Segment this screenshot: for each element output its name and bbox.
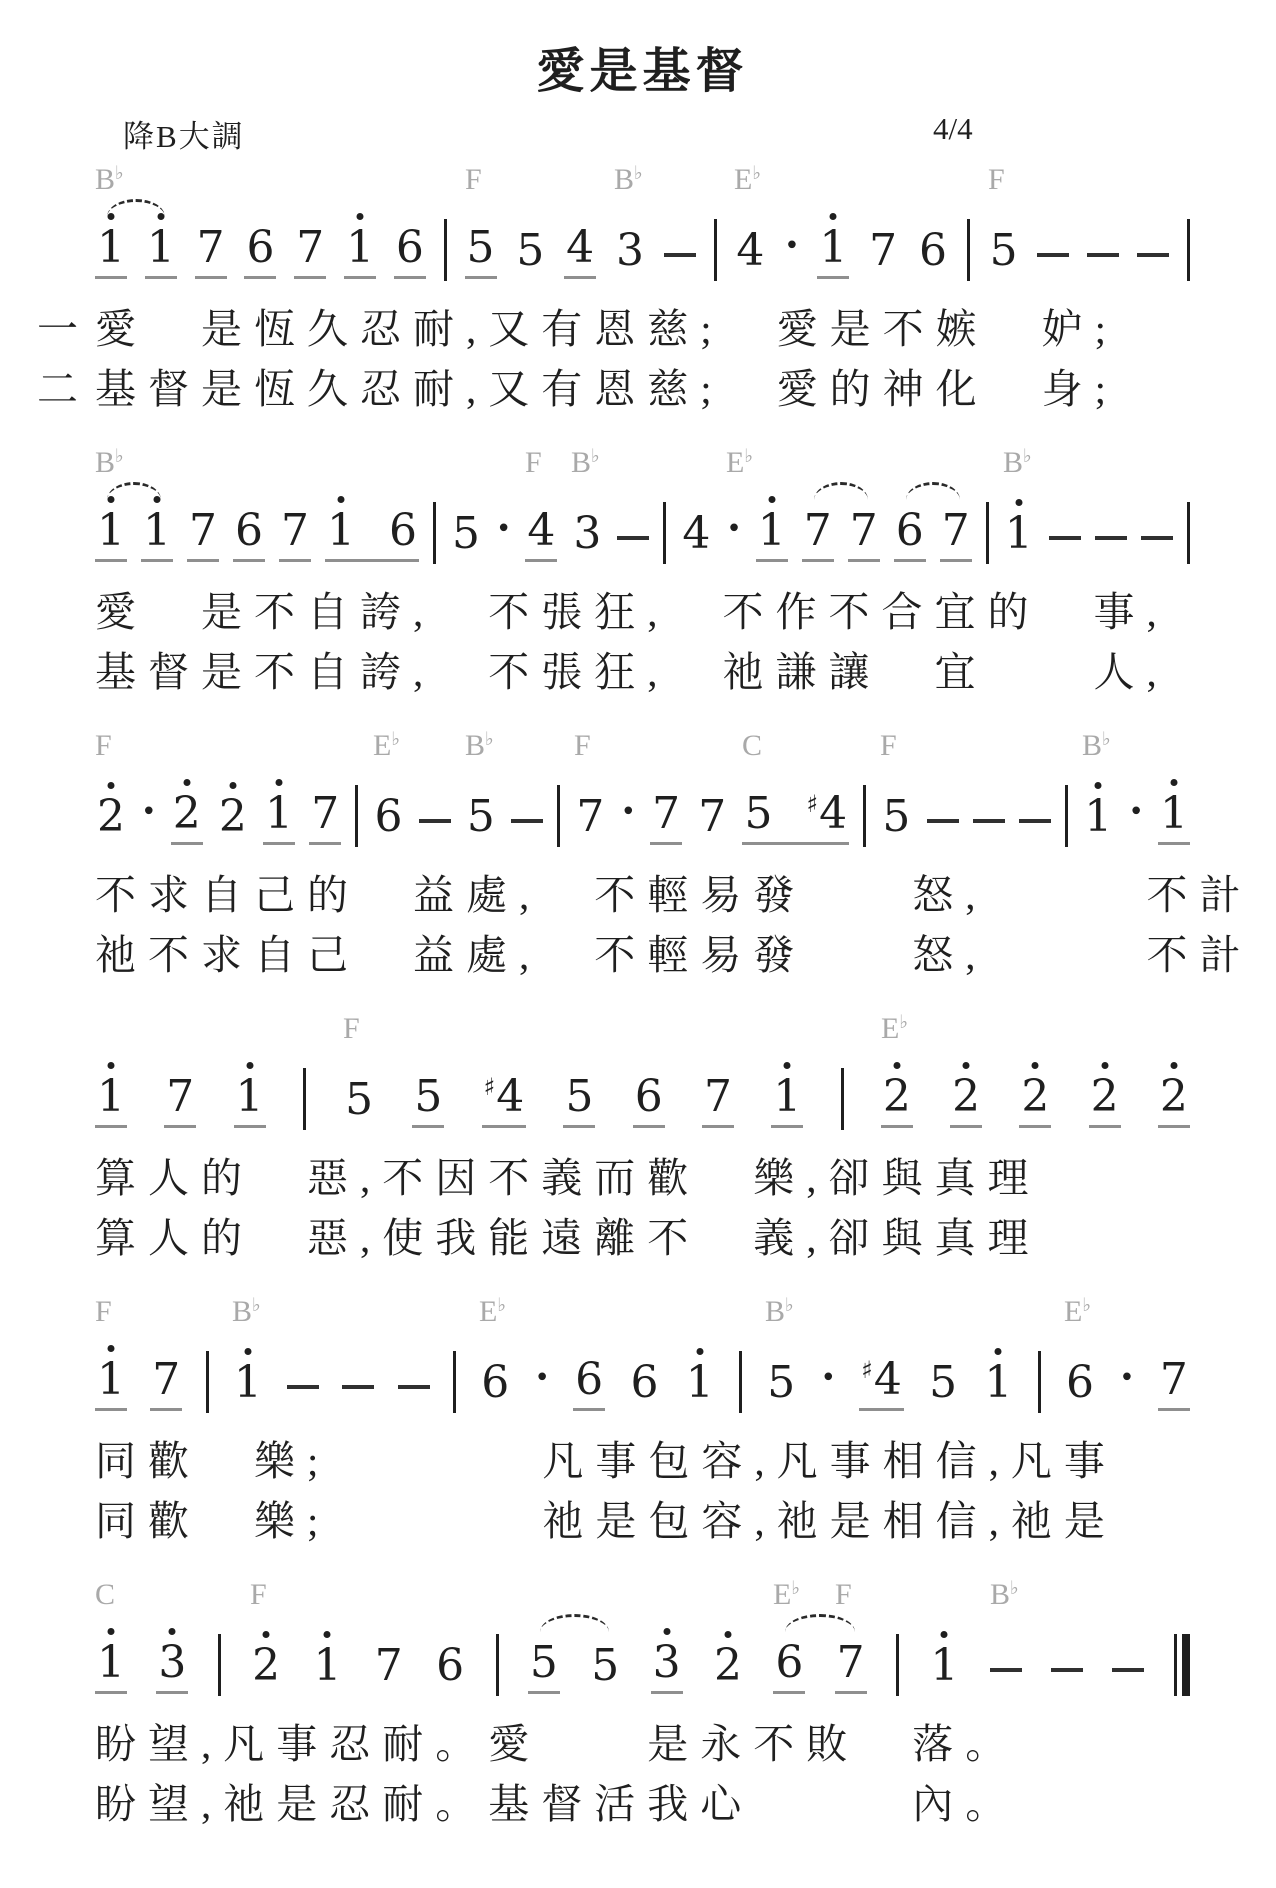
jianpu-note: 1 [1003, 512, 1035, 562]
jianpu-note: 7 [802, 509, 834, 562]
jianpu-note: 3 [571, 512, 603, 562]
jianpu-line: 117671655434•1765 [95, 203, 1190, 281]
barline [218, 1634, 221, 1696]
jianpu-note: 5 [927, 1361, 959, 1411]
octave-dot [663, 1628, 670, 1635]
chord-symbol: F [95, 729, 112, 763]
jianpu-note: 6 [1064, 1361, 1096, 1411]
chord-row: B♭FB♭E♭F [95, 163, 1190, 203]
chord-symbol: C [95, 1578, 115, 1612]
chord-symbol: F [835, 1578, 852, 1612]
lyrics-block: 算人的 惡,不因不義而歡 樂,卻與真理算人的 惡,使我能遠離不 義,卻與真理 [95, 1148, 1190, 1268]
octave-dot [768, 496, 775, 503]
octave-dot [169, 1628, 176, 1635]
key-signature: 降B大調 [123, 111, 245, 156]
chord-symbol: F [880, 729, 897, 763]
jianpu-note: 2 [171, 792, 203, 845]
flat-accidental: ♭ [1023, 446, 1032, 467]
barline [863, 785, 866, 847]
jianpu-note: 2 [250, 1644, 282, 1694]
sharp-accidental: ♯ [806, 790, 818, 818]
jianpu-note: 3 [614, 229, 646, 279]
octave-dot [941, 1631, 948, 1638]
dotted-note-dot: • [621, 799, 636, 825]
octave-dot [338, 496, 345, 503]
octave-dot [1170, 1062, 1177, 1069]
chord-symbol: B♭ [232, 1295, 261, 1329]
chord-symbol: E♭ [734, 163, 761, 197]
jianpu-note: 4 [564, 226, 596, 279]
lyric-line: 愛 是不自誇, 不張狂, 不作不合宜的 事, [95, 582, 1190, 642]
lyric-line: 二基督是恆久忍耐,又有恩慈; 愛的神化 身; [95, 359, 1190, 419]
barline [433, 502, 436, 564]
flat-accidental: ♭ [634, 163, 643, 184]
octave-dot [1032, 1062, 1039, 1069]
octave-dot [324, 1631, 331, 1638]
duration-dash [1019, 819, 1051, 823]
notation-system: FB♭E♭B♭E♭1716•6615•♯4516•7同歡 樂; 凡事包容,凡事相… [95, 1295, 1190, 1551]
dotted-note-dot: • [1119, 1365, 1134, 1391]
dotted-note-dot: • [784, 233, 799, 259]
jianpu-note: 5 [742, 792, 774, 836]
duration-dash [1049, 536, 1081, 540]
barline [1187, 219, 1190, 281]
jianpu-note: 1 [263, 792, 295, 845]
chord-symbol: F [525, 446, 542, 480]
chord-symbol: F [343, 1012, 360, 1046]
jianpu-note: 1 [234, 1075, 266, 1128]
jianpu-note: 3 [651, 1641, 683, 1694]
sheet-music-page: 愛是基督 降B大調 4/4 B♭FB♭E♭F117671655434•1765一… [0, 0, 1276, 1834]
jianpu-note: 6 [917, 229, 949, 279]
jianpu-note: 7 [1158, 1358, 1190, 1411]
barline [355, 785, 358, 847]
dotted-note-dot: • [1128, 799, 1143, 825]
lyric-line: 不求自己的 益處, 不輕易發 怒, 不計 [95, 865, 1190, 925]
octave-dot [1101, 1062, 1108, 1069]
lyrics-block: 愛 是不自誇, 不張狂, 不作不合宜的 事,基督是不自誇, 不張狂, 祂謙讓 宜… [95, 582, 1190, 702]
notation-system: B♭FB♭E♭F117671655434•1765一愛 是恆久忍耐,又有恩慈; … [95, 163, 1190, 419]
jianpu-note: 5 [450, 512, 482, 562]
jianpu-note: 1 [141, 509, 173, 562]
duration-dash [1095, 536, 1127, 540]
chord-symbol: B♭ [1082, 729, 1111, 763]
chord-symbol: B♭ [95, 446, 124, 480]
chord-row: B♭FB♭E♭B♭ [95, 446, 1190, 486]
octave-dot [696, 1348, 703, 1355]
octave-dot [830, 213, 837, 220]
jianpu-note: 6 [479, 1361, 511, 1411]
barline [663, 502, 666, 564]
lyric-line: 同歡 樂; 凡事包容,凡事相信,凡事 [95, 1431, 1190, 1491]
jianpu-note: 7 [867, 229, 899, 279]
chord-symbol: E♭ [726, 446, 753, 480]
dotted-note-dot: • [496, 516, 511, 542]
jianpu-note: 2 [1089, 1075, 1121, 1128]
chord-row: FE♭ [95, 1012, 1190, 1052]
flat-accidental: ♭ [1102, 729, 1111, 750]
duration-dash [973, 819, 1005, 823]
jianpu-note: 5 [765, 1361, 797, 1411]
barline [841, 1068, 844, 1130]
flat-accidental: ♭ [485, 729, 494, 750]
chord-symbol: F [95, 1295, 112, 1329]
jianpu-note: 1 [95, 509, 127, 562]
jianpu-note: 5 [514, 229, 546, 279]
jianpu-note: 1 [1158, 792, 1190, 845]
jianpu-note: 6 [894, 509, 926, 562]
barline [557, 785, 560, 847]
flat-accidental: ♭ [785, 1295, 794, 1316]
jianpu-note: 3 [156, 1641, 188, 1694]
jianpu-note: 1 [95, 1641, 127, 1694]
lyric-line: 算人的 惡,不因不義而歡 樂,卻與真理 [95, 1148, 1190, 1208]
flat-accidental: ♭ [252, 1295, 261, 1316]
jianpu-note: ♯4 [482, 1075, 527, 1128]
jianpu-note: 7 [835, 1641, 867, 1694]
jianpu-note: 1 [684, 1361, 716, 1411]
jianpu-note: 7 [164, 1075, 196, 1128]
barline [1065, 785, 1068, 847]
jianpu-note: 4 [680, 512, 712, 562]
flat-accidental: ♭ [791, 1578, 800, 1599]
jianpu-note: 5 [589, 1644, 621, 1694]
jianpu-note: 2 [712, 1644, 744, 1694]
octave-dot [108, 782, 115, 789]
jianpu-note: 6 [244, 226, 276, 279]
flat-accidental: ♭ [591, 446, 600, 467]
octave-dot [229, 782, 236, 789]
dotted-note-dot: • [535, 1365, 550, 1391]
barline [303, 1068, 306, 1130]
jianpu-note: 5 [988, 229, 1020, 279]
chord-symbol: B♭ [571, 446, 600, 480]
jianpu-note: 2 [881, 1075, 913, 1128]
octave-dot [1170, 779, 1177, 786]
chord-symbol: E♭ [479, 1295, 506, 1329]
jianpu-note: 7 [150, 1358, 182, 1411]
jianpu-note: 7 [696, 795, 728, 845]
jianpu-note: 1 [817, 226, 849, 279]
octave-dot [263, 1631, 270, 1638]
jianpu-note: ♯4 [804, 792, 849, 836]
meta-row: 降B大調 4/4 [95, 111, 1190, 163]
jianpu-note: 6 [773, 1641, 805, 1694]
jianpu-note: 4 [525, 509, 557, 562]
octave-dot [108, 1062, 115, 1069]
jianpu-note: 1 [95, 1358, 127, 1411]
duration-dash [287, 1385, 319, 1389]
sharp-accidental: ♯ [484, 1073, 496, 1101]
jianpu-note: 7 [702, 1075, 734, 1128]
jianpu-note: 5 [528, 1641, 560, 1694]
jianpu-note: 7 [294, 226, 326, 279]
final-barline [1174, 1634, 1190, 1696]
jianpu-note: 6 [434, 1644, 466, 1694]
jianpu-note: 6 [633, 1075, 665, 1128]
jianpu-note: 6 [233, 509, 265, 562]
jianpu-note: 2 [1158, 1075, 1190, 1128]
duration-dash [1051, 1668, 1083, 1672]
notation-system: B♭FB♭E♭B♭11767165•434•177671愛 是不自誇, 不張狂,… [95, 446, 1190, 702]
jianpu-note: 1 [928, 1644, 960, 1694]
chord-symbol: E♭ [881, 1012, 908, 1046]
barline [896, 1634, 899, 1696]
jianpu-note: 2 [217, 795, 249, 845]
octave-dot [1095, 782, 1102, 789]
jianpu-note: 5 [465, 226, 497, 279]
beamed-group: 16 [325, 509, 419, 562]
lyrics-block: 盼望,凡事忍耐。愛 是永不敗 落。盼望,祂是忍耐。基督活我心 內。 [95, 1714, 1190, 1834]
jianpu-note: 7 [940, 509, 972, 562]
octave-dot [724, 1631, 731, 1638]
jianpu-line: 1716•6615•♯4516•7 [95, 1335, 1190, 1413]
barline [1038, 1351, 1041, 1413]
jianpu-note: 2 [95, 795, 127, 845]
flat-accidental: ♭ [1010, 1578, 1019, 1599]
duration-dash [419, 819, 451, 823]
octave-dot [244, 1348, 251, 1355]
sharp-accidental: ♯ [861, 1356, 873, 1384]
duration-dash [398, 1385, 430, 1389]
octave-dot [893, 1062, 900, 1069]
jianpu-line: 11767165•434•177671 [95, 486, 1190, 564]
duration-dash [1087, 253, 1119, 257]
chord-symbol: F [465, 163, 482, 197]
barline [444, 219, 447, 281]
lyric-line: 算人的 惡,使我能遠離不 義,卻與真理 [95, 1208, 1190, 1268]
jianpu-note: 7 [848, 509, 880, 562]
chord-symbol: F [988, 163, 1005, 197]
flat-accidental: ♭ [115, 163, 124, 184]
barline [206, 1351, 209, 1413]
jianpu-note: 1 [344, 226, 376, 279]
chord-symbol: B♭ [614, 163, 643, 197]
octave-dot [276, 779, 283, 786]
duration-dash [664, 253, 696, 257]
notation-system: CFE♭FB♭1321765532671盼望,凡事忍耐。愛 是永不敗 落。盼望,… [95, 1578, 1190, 1834]
jianpu-note: 6 [373, 795, 405, 845]
jianpu-note: 7 [279, 509, 311, 562]
chord-symbol: C [742, 729, 762, 763]
jianpu-note: 1 [325, 509, 357, 553]
dotted-note-dot: • [726, 516, 741, 542]
octave-dot [183, 779, 190, 786]
jianpu-note: 1 [1082, 795, 1114, 845]
jianpu-note: 5 [880, 795, 912, 845]
barline [967, 219, 970, 281]
chord-symbol: B♭ [1003, 446, 1032, 480]
duration-dash [927, 819, 959, 823]
jianpu-note: 2 [1019, 1075, 1051, 1128]
jianpu-note: 6 [394, 226, 426, 279]
jianpu-note: 7 [195, 226, 227, 279]
verse-number: 一 [37, 299, 78, 359]
chord-symbol: E♭ [373, 729, 400, 763]
octave-dot [995, 1348, 1002, 1355]
duration-dash [1037, 253, 1069, 257]
jianpu-note: 1 [982, 1361, 1014, 1411]
jianpu-note: 1 [145, 226, 177, 279]
jianpu-note: 5 [412, 1075, 444, 1128]
chord-symbol: B♭ [465, 729, 494, 763]
duration-dash [1137, 253, 1169, 257]
jianpu-note: 6 [387, 509, 419, 553]
chord-symbol: F [250, 1578, 267, 1612]
flat-accidental: ♭ [744, 446, 753, 467]
lyric-line: 一愛 是恆久忍耐,又有恩慈; 愛是不嫉 妒; [95, 299, 1190, 359]
jianpu-note: 6 [628, 1361, 660, 1411]
chord-symbol: B♭ [990, 1578, 1019, 1612]
lyric-line: 同歡 樂; 祂是包容,祂是相信,祂是 [95, 1491, 1190, 1551]
jianpu-note: 7 [373, 1644, 405, 1694]
octave-dot [1015, 499, 1022, 506]
duration-dash [1112, 1668, 1144, 1672]
octave-dot [108, 1628, 115, 1635]
barline [714, 219, 717, 281]
chord-symbol: B♭ [765, 1295, 794, 1329]
lyrics-block: 一愛 是恆久忍耐,又有恩慈; 愛是不嫉 妒;二基督是恆久忍耐,又有恩慈; 愛的神… [95, 299, 1190, 419]
chord-symbol: E♭ [1064, 1295, 1091, 1329]
beamed-group: 5♯4 [742, 792, 849, 845]
octave-dot [108, 1345, 115, 1352]
verse-number: 二 [37, 359, 78, 419]
jianpu-note: 1 [95, 226, 127, 279]
barline [1187, 502, 1190, 564]
flat-accidental: ♭ [1082, 1295, 1091, 1316]
duration-dash [990, 1668, 1022, 1672]
score: B♭FB♭E♭F117671655434•1765一愛 是恆久忍耐,又有恩慈; … [95, 163, 1190, 1834]
jianpu-note: 5 [465, 795, 497, 845]
jianpu-note: 7 [309, 792, 341, 845]
jianpu-note: ♯4 [859, 1358, 904, 1411]
notation-system: FE♭B♭FCFB♭2•2217657•775♯451•1不求自己的 益處, 不… [95, 729, 1190, 985]
barline [739, 1351, 742, 1413]
jianpu-note: 7 [650, 792, 682, 845]
jianpu-line: 17155♯4567122222 [95, 1052, 1190, 1130]
octave-dot [784, 1062, 791, 1069]
barline [453, 1351, 456, 1413]
jianpu-note: 1 [756, 509, 788, 562]
time-signature: 4/4 [933, 111, 973, 147]
lyric-line: 祂不求自己 益處, 不輕易發 怒, 不計 [95, 925, 1190, 985]
jianpu-note: 5 [563, 1075, 595, 1128]
barline [496, 1634, 499, 1696]
jianpu-note: 2 [950, 1075, 982, 1128]
jianpu-note: 7 [187, 509, 219, 562]
lyrics-block: 同歡 樂; 凡事包容,凡事相信,凡事同歡 樂; 祂是包容,祂是相信,祂是 [95, 1431, 1190, 1551]
duration-dash [342, 1385, 374, 1389]
chord-symbol: E♭ [773, 1578, 800, 1612]
jianpu-note: 1 [771, 1075, 803, 1128]
barline [986, 502, 989, 564]
octave-dot [246, 1062, 253, 1069]
chord-row: CFE♭FB♭ [95, 1578, 1190, 1618]
lyrics-block: 不求自己的 益處, 不輕易發 怒, 不計祂不求自己 益處, 不輕易發 怒, 不計 [95, 865, 1190, 985]
jianpu-note: 4 [734, 229, 766, 279]
flat-accidental: ♭ [391, 729, 400, 750]
chord-row: FE♭B♭FCFB♭ [95, 729, 1190, 769]
song-title: 愛是基督 [95, 32, 1190, 101]
flat-accidental: ♭ [115, 446, 124, 467]
flat-accidental: ♭ [497, 1295, 506, 1316]
octave-dot [963, 1062, 970, 1069]
jianpu-line: 1321765532671 [95, 1618, 1190, 1696]
flat-accidental: ♭ [752, 163, 761, 184]
duration-dash [617, 536, 649, 540]
dotted-note-dot: • [821, 1365, 836, 1391]
jianpu-note: 7 [574, 795, 606, 845]
duration-dash [1141, 536, 1173, 540]
jianpu-line: 2•2217657•775♯451•1 [95, 769, 1190, 847]
chord-symbol: B♭ [95, 163, 124, 197]
jianpu-note: 1 [95, 1075, 127, 1128]
notation-system: FE♭17155♯4567122222算人的 惡,不因不義而歡 樂,卻與真理算人… [95, 1012, 1190, 1268]
lyric-line: 盼望,祂是忍耐。基督活我心 內。 [95, 1774, 1190, 1834]
jianpu-note: 1 [311, 1644, 343, 1694]
lyric-line: 基督是不自誇, 不張狂, 祂謙讓 宜 人, [95, 642, 1190, 702]
flat-accidental: ♭ [899, 1012, 908, 1033]
chord-row: FB♭E♭B♭E♭ [95, 1295, 1190, 1335]
jianpu-note: 6 [573, 1358, 605, 1411]
jianpu-note: 1 [232, 1361, 264, 1411]
chord-symbol: F [574, 729, 591, 763]
dotted-note-dot: • [141, 799, 156, 825]
duration-dash [511, 819, 543, 823]
jianpu-note: 5 [343, 1078, 375, 1128]
lyric-line: 盼望,凡事忍耐。愛 是永不敗 落。 [95, 1714, 1190, 1774]
octave-dot [357, 213, 364, 220]
